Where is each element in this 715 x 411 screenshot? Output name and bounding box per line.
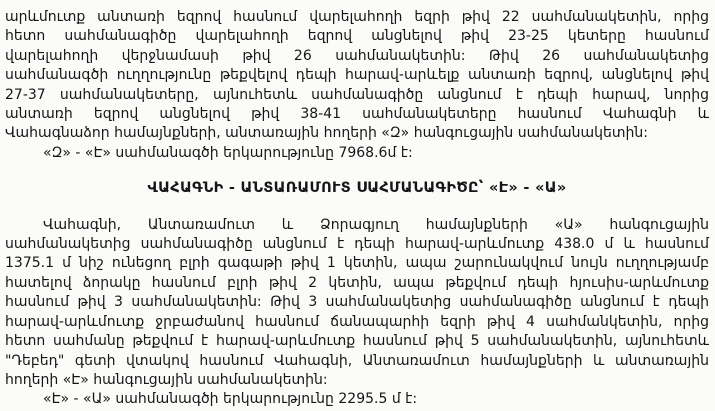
section-heading: ՎԱՀԱԳՆԻ - ԱՆՏԱՌԱՄՈՒՏ ՍԱՀՄԱՆԱԳԻԾԸ՝ «Է» - … [5,179,709,198]
paragraph-boundary-description-1: արևմուտք անտառի եզրով հասնում վարելահողի… [5,8,709,144]
boundary-length-statement-2: «Է» - «Ա» սահմանագծի երկարությունը 2295.… [5,390,709,409]
text-line: հետո սահմանը թեքվում է հարավ-արևմուտք հա… [5,332,709,351]
text-line: արևմուտք անտառի եզրով հասնում վարելահողի… [5,8,709,27]
text-line: հողերի «Է» հանգուցային սահմանակետին: [5,371,709,390]
text-line: 1375.1 մ նիշ ունեցող բլրի գագաթի թիվ 1 կ… [5,254,709,273]
text-line: հատելով ձորակը հասնում բլրի թիվ 2 կետին,… [5,274,709,293]
document-page: արևմուտք անտառի եզրով հասնում վարելահողի… [0,0,715,410]
text-line: հասնում թիվ 3 սահմանակետին: Թիվ 3 սահման… [5,293,709,312]
text-line: "Դեբեդ" գետի վտակով հասնում Վահագնի, Անտ… [5,352,709,371]
text-line: անտառի եզրով անցնելով թիվ 38-41 սահմանակ… [5,105,709,124]
text-line: Վահագնի, Անտառամուտ և Ձորագյուղ համայնքն… [5,216,709,235]
text-line: սահմանագծի ուղղությունը թեքվելով դեպի հա… [5,66,709,85]
text-line: 27-37 սահմանակետերը, այնուհետև սահմանագի… [5,86,709,105]
text-line: Վահագնաձոր համայնքների, անտառային հողերի… [5,124,709,143]
text-line: հետո սահմանագիծը վարելահողի եզրով անցնել… [5,27,709,46]
text-line: սահմանակետից սահմանագիծը անցնում է դեպի … [5,235,709,254]
text-line: վարելահողի վերջնամասի թիվ 26 սահմանակետի… [5,47,709,66]
boundary-length-statement-1: «Զ» - «Է» սահմանագծի երկարությունը 7968.… [5,144,709,163]
paragraph-boundary-description-2: Վահագնի, Անտառամուտ և Ձորագյուղ համայնքն… [5,216,709,391]
text-line: հարավ-արևմուտք ջրբաժանով հասնում ճանապար… [5,313,709,332]
